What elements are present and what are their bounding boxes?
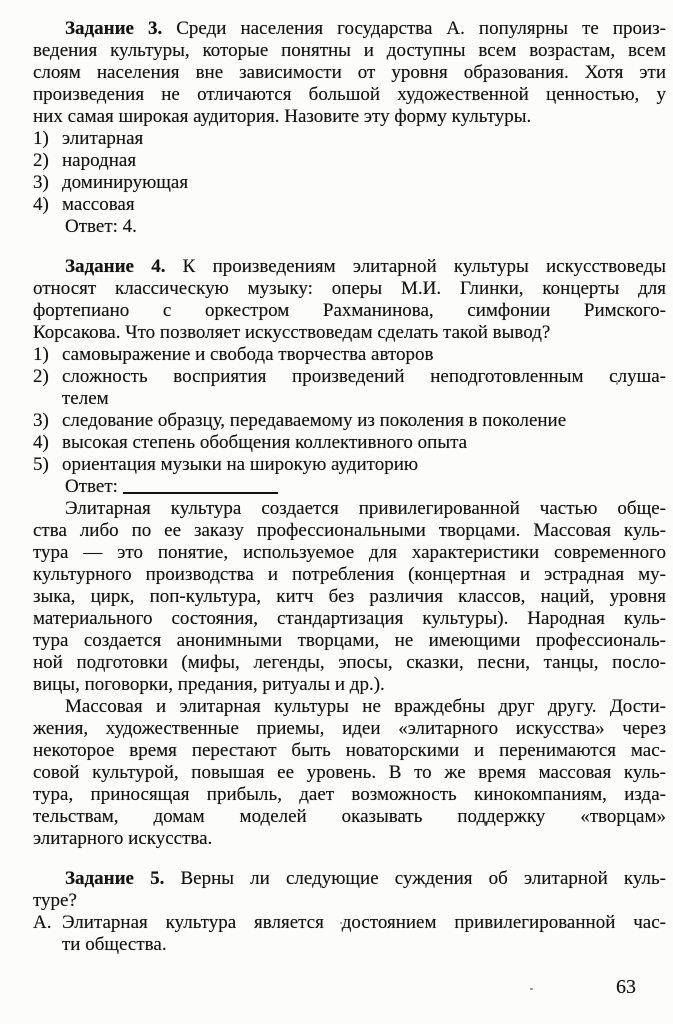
text-line: Корсакова. Что позволяет искусствоведам …	[33, 322, 666, 344]
text-line: тура — это понятие, используемое для хар…	[33, 542, 666, 564]
task3-option-4: 4)массовая	[33, 194, 666, 216]
scanned-page: Задание 3. Среди населения государства А…	[0, 0, 673, 1024]
option-number: 4)	[33, 432, 49, 454]
text-line: относят классическую музыку: оперы М.И. …	[33, 278, 666, 300]
page-number: 63	[616, 976, 636, 998]
text-line: Элитарная культура создается привилегиро…	[33, 498, 666, 520]
text-line: туре?	[33, 890, 666, 912]
task4-option-1: 1)самовыражение и свобода творчества авт…	[33, 344, 666, 366]
option-number: А.	[33, 912, 51, 934]
text-line: ведения культуры, которые понятны и дост…	[33, 40, 666, 62]
text-line: ства либо по ее заказу профессиональными…	[33, 520, 666, 542]
option-number: 3)	[33, 410, 49, 432]
option-number: 5)	[33, 454, 49, 476]
task4-heading-line: Задание 4. К произведениям элитарной кул…	[33, 256, 666, 278]
option-number: 3)	[33, 172, 49, 194]
text-line: Массовая и элитарная культуры не враждеб…	[33, 696, 666, 718]
text-line: тельствам, домам моделей оказывать подде…	[33, 806, 666, 828]
text-line: них самая широкая аудитория. Назовите эт…	[33, 106, 666, 128]
text-line: элитарного искусства.	[33, 828, 666, 850]
option-number: 2)	[33, 150, 49, 172]
option-number: 1)	[33, 128, 49, 150]
text-line: культурного производства и потребления (…	[33, 564, 666, 586]
task4-option-5: 5)ориентация музыки на широкую аудиторию	[33, 454, 666, 476]
text-line: произведения не отличаются большой худож…	[33, 84, 666, 106]
task3-option-2: 2)народная	[33, 150, 666, 172]
text-line: совой культурой, повышая ее уровень. В т…	[33, 762, 666, 784]
text-line: зыка, цирк, поп-культура, китч без разли…	[33, 586, 666, 608]
task4-option-3: 3)следование образцу, передаваемому из п…	[33, 410, 666, 432]
text-line: тура, приносящая прибыль, дает возможнос…	[33, 784, 666, 806]
task-label: Задание 3.	[65, 18, 162, 39]
task3-heading-line: Задание 3. Среди населения государства А…	[33, 18, 666, 40]
scan-speck	[616, 382, 618, 385]
task-label: Задание 4.	[65, 256, 165, 277]
task4-option-2: 2)сложность восприятия произведений непо…	[33, 366, 666, 388]
task3-option-3: 3)доминирующая	[33, 172, 666, 194]
scan-speck	[340, 922, 342, 924]
text-line: фортепиано с оркестром Рахманинова, симф…	[33, 300, 666, 322]
text-line: телем	[33, 388, 666, 410]
text-line: некоторое время перестают быть новаторск…	[33, 740, 666, 762]
option-number: 1)	[33, 344, 49, 366]
option-number: 2)	[33, 366, 49, 388]
text-line: вицы, поговорки, предания, ритуалы и др.…	[33, 674, 666, 696]
text-line: слоям населения вне зависимости от уровн…	[33, 62, 666, 84]
task4-answer: Ответ:	[33, 476, 666, 498]
page-text: Задание 3. Среди населения государства А…	[33, 18, 666, 956]
text-line: тура создается анонимными творцами, не и…	[33, 630, 666, 652]
option-number: 4)	[33, 194, 49, 216]
text-line: ти общества.	[33, 934, 666, 956]
text-line: материального состояния, стандартизация …	[33, 608, 666, 630]
task5-heading-line: Задание 5. Верны ли следующие суждения о…	[33, 868, 666, 890]
task3-option-1: 1)элитарная	[33, 128, 666, 150]
text-line: ной подготовки (мифы, легенды, эпосы, ск…	[33, 652, 666, 674]
task3-answer: Ответ: 4.	[33, 216, 666, 238]
task-label: Задание 5.	[65, 868, 164, 889]
answer-blank	[123, 488, 278, 494]
scan-speck	[530, 988, 533, 990]
task4-option-4: 4)высокая степень обобщения коллективног…	[33, 432, 666, 454]
scan-speck	[617, 288, 619, 290]
text-line: жения, художественные приемы, идеи «элит…	[33, 718, 666, 740]
task5-statement-a: А.Элитарная культура является достоянием…	[33, 912, 666, 934]
